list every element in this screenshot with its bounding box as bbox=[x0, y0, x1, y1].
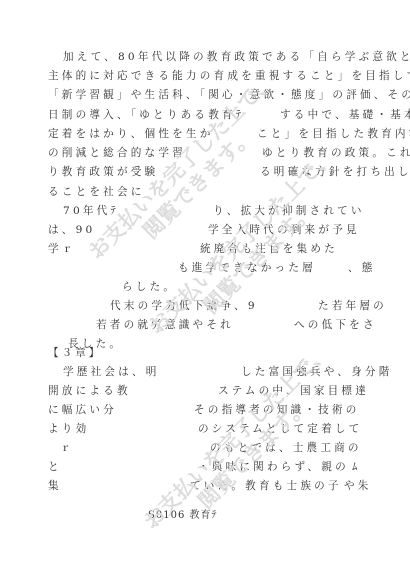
chapter-heading: 【３章】 bbox=[48, 345, 102, 360]
text-line-fragment: ﾑ bbox=[352, 460, 361, 474]
text-line-fragment: に幅広い分 bbox=[48, 403, 117, 417]
text-line-fragment: 学全入時代の到来が予見 bbox=[208, 223, 360, 237]
text-line-fragment: 集 bbox=[48, 479, 62, 493]
text-line-fragment: した富国強兵や、身分階 bbox=[241, 365, 393, 379]
text-line-fragment: 開放による教 bbox=[48, 384, 131, 398]
text-line-fragment: 「新学習観」や生活科、「関心・意欲・態度」の評価、その後の学校週５ bbox=[48, 88, 410, 102]
text-line-fragment: 学歴社会は、明 bbox=[63, 365, 160, 379]
text-line-fragment: る明確な方針を打ち出してい bbox=[260, 165, 410, 179]
text-line-fragment: た若年層の bbox=[318, 299, 387, 313]
text-line-fragment: する中で、基礎・基本の確実な bbox=[280, 108, 410, 122]
text-line-fragment: 統廃合も注目を集めた bbox=[200, 242, 338, 256]
text-line-fragment: への低下をさ bbox=[294, 318, 377, 332]
text-line-fragment: より効 bbox=[48, 422, 89, 436]
text-line-fragment: 、態 bbox=[348, 261, 376, 275]
text-line-fragment: 若者の就労意識やそれ bbox=[96, 318, 234, 332]
text-line-fragment: り教育政策が受験 bbox=[48, 165, 158, 179]
text-line-fragment: ることを社会に bbox=[48, 185, 145, 199]
text-line-fragment: 加えて、80年代以降の教育政策である「自ら学ぶ意欲と社会の変化に bbox=[63, 50, 410, 64]
text-line-fragment: 主体的に対応できる能力の育成を重視すること」を目指して導入された bbox=[48, 69, 410, 83]
text-line-fragment: は、90 bbox=[48, 223, 95, 237]
text-line-fragment: 代末の学力低下論争、9 bbox=[110, 299, 258, 313]
page-footer: S0106 教育ﾃ bbox=[148, 506, 217, 521]
text-line-fragment: のもとでは、士農工商の bbox=[210, 441, 362, 455]
text-line-fragment: ていた。教育も士族の子 bbox=[190, 479, 342, 493]
text-line-fragment: その指導者の知識・技術の bbox=[194, 403, 360, 417]
text-line-fragment: 70年代ﾃ bbox=[63, 204, 119, 218]
text-line-fragment: 定着をはかり、個性を生か bbox=[48, 127, 214, 141]
document-page: 加えて、80年代以降の教育政策である「自ら学ぶ意欲と社会の変化に主体的に対応でき… bbox=[0, 0, 410, 580]
text-line-fragment: のシステムとして定着して bbox=[198, 422, 362, 436]
text-line-fragment: も進学できなかった層 bbox=[178, 261, 316, 275]
text-line-fragment: ステムの中、国家目標達 bbox=[218, 384, 369, 398]
text-line-fragment: 学ｒ bbox=[48, 242, 76, 256]
text-line-fragment: こと」を目指した教育内容 bbox=[257, 127, 410, 141]
text-line-fragment: ｒ bbox=[60, 441, 74, 455]
text-line-fragment: り、拡大が抑制されてい bbox=[213, 204, 365, 218]
text-line-fragment: らした。 bbox=[122, 280, 177, 294]
text-line-fragment: 日制の導入、「ゆとりある教育ﾃ bbox=[48, 108, 244, 122]
text-line-fragment: の削減と総合的な学習 bbox=[48, 146, 186, 160]
text-line-fragment: と bbox=[48, 460, 62, 474]
text-line-fragment: ・興味に関わらず、親の bbox=[198, 460, 349, 474]
text-line-fragment: ゆとり教育の政策。これによ bbox=[262, 146, 410, 160]
text-line-fragment: や朱 bbox=[344, 479, 372, 493]
